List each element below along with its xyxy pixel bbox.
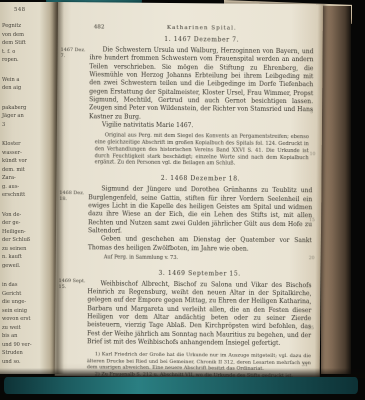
line-numbers: 510152025 (308, 4, 321, 378)
margin-date-entry-3: 1469 Sept. 15. (58, 278, 85, 291)
text-fragment: und so. (2, 358, 52, 367)
entry-1-dating-line: Vigilie nativitatis Marie 1467. (89, 121, 313, 131)
entry-2-body: Sigmund der Jüngere und Dorothea Grünhan… (88, 185, 312, 237)
left-page: 548 Pegnitzvon demdem Stiftt. f. oropen.… (0, 2, 58, 374)
line-number: 25 (308, 326, 314, 331)
text-fragment: Zara- (2, 174, 52, 183)
text-fragment: der ge- (2, 219, 52, 228)
entry-2-closing: Geben und geschehen am Dienstag der Quat… (88, 236, 312, 255)
margin-date-entry-1: 1467 Dez. 7. (60, 47, 87, 60)
entry-2-heading: 2. 1468 Dezember 18. (88, 174, 312, 183)
text-fragment: n. kauft (2, 253, 52, 262)
entry-1-heading: 1. 1467 Dezember 7. (90, 35, 314, 44)
text-fragment: wasser- (2, 149, 52, 158)
text-fragment: Gericht (2, 290, 52, 299)
text-fragment: Struden (2, 349, 52, 358)
fragment-cluster: in dasGerichtdie unge-sein einigwovon er… (2, 281, 52, 366)
fragment-cluster: pakabergJäger an3 (2, 104, 52, 130)
fragment-cluster: Pegnitzvon demdem Stiftt. f. oropen. (2, 22, 52, 65)
text-fragment: Von de- (2, 211, 52, 220)
running-head-title: Katharinen Spital. (90, 24, 314, 32)
text-fragment: g. aus- (2, 183, 52, 192)
text-fragment: bis an (2, 332, 52, 341)
line-number: 20 (309, 256, 315, 261)
text-fragment: sein einig (2, 307, 52, 316)
text-fragment: zu seinen (2, 245, 52, 254)
entry-1-body: Die Schwestern Ursula und Walburg, Herzo… (89, 46, 314, 123)
text-fragment: in das (2, 281, 52, 290)
entry-3-heading: 3. 1469 September 15. (88, 269, 312, 278)
left-page-fragments: Pegnitzvon demdem Stiftt. f. oropen. Wei… (0, 22, 52, 374)
running-head: 482 Katharinen Spital. (90, 24, 314, 26)
line-number: 5 (310, 110, 313, 115)
text-fragment: die unge- (2, 298, 52, 307)
left-page-text: 548 Pegnitzvon demdem Stiftt. f. oropen.… (0, 2, 52, 374)
text-fragment: wovon erst (2, 315, 52, 324)
text-fragment: Pegnitz (2, 22, 52, 31)
book-fore-edge (321, 6, 351, 374)
text-fragment: geweil. (2, 262, 52, 271)
text-fragment: 3 (2, 121, 52, 130)
text-fragment: von dem (2, 31, 52, 40)
text-fragment: Heiligen- (2, 228, 52, 237)
text-fragment: Jäger an (2, 112, 52, 121)
fragment-cluster: Wein aden aig (2, 76, 52, 93)
entry-1-note: Original aus Perg. mit dem Siegel des Ko… (95, 133, 309, 169)
entry-3-body: Weihbischof Albrecht, Bischof zu Salona … (87, 280, 312, 349)
line-number: 15 (309, 218, 315, 223)
text-fragment: zu weit (2, 324, 52, 333)
text-fragment: den aig (2, 84, 52, 93)
right-page-text: 482 Katharinen Spital. 1467 Dez. 7. 1468… (55, 2, 323, 378)
text-fragment: und 90 ver- (2, 341, 52, 350)
book-photograph: 548 Pegnitzvon demdem Stiftt. f. oropen.… (0, 0, 365, 400)
book-cover-bottom-edge (4, 377, 358, 394)
text-column: 1. 1467 Dezember 7. Die Schwestern Ursul… (87, 35, 314, 379)
text-fragment: der Schluß (2, 236, 52, 245)
fragment-cluster: Von de-der ge-Heiligen-der Schlußzu sein… (2, 211, 52, 271)
text-fragment: kündt vor (2, 157, 52, 166)
entry-2-source-line: Auf Perg. in Sammlung v. 73. (94, 254, 312, 263)
text-fragment: pakaberg (2, 104, 52, 113)
text-fragment: dem. mit (2, 166, 52, 175)
margin-date-entry-2: 1468 Dez. 18. (59, 190, 86, 203)
text-fragment: Wein a (2, 76, 52, 85)
left-page-number: 548 (14, 7, 26, 13)
text-fragment: ropen. (2, 56, 52, 65)
line-number: 10 (310, 152, 316, 157)
text-fragment: t. f. o (2, 48, 52, 57)
text-fragment: Kloster (2, 140, 52, 149)
fragment-cluster: Klosterwasser-kündt vordem. mitZara-g. a… (2, 140, 52, 200)
text-fragment: erschnitt (2, 191, 52, 200)
right-page: 482 Katharinen Spital. 1467 Dez. 7. 1468… (55, 2, 323, 378)
text-fragment: dem Stift (2, 39, 52, 48)
